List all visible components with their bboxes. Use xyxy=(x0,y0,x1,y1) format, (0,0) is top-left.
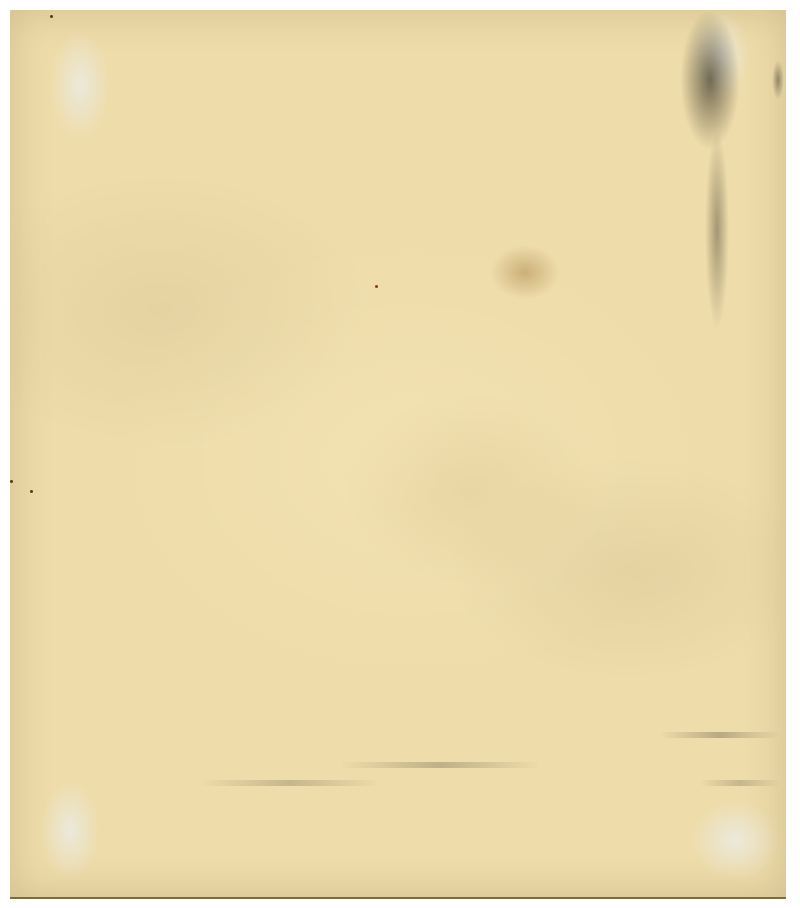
brown-stain-center xyxy=(490,245,560,300)
white-blemish-top-left xyxy=(50,30,110,140)
charcoal-smear-2 xyxy=(340,762,540,768)
speck-4 xyxy=(375,285,378,288)
paper-card xyxy=(10,10,786,899)
speck-3 xyxy=(30,490,33,493)
speck-1 xyxy=(50,15,53,18)
speck-2 xyxy=(10,480,13,483)
charcoal-mark-right-edge xyxy=(772,60,784,100)
charcoal-smear-1 xyxy=(200,780,380,786)
charcoal-smear-4 xyxy=(700,780,780,786)
charcoal-smear-3 xyxy=(660,732,780,738)
white-blemish-bottom-left xyxy=(40,780,100,880)
charcoal-streak-right xyxy=(705,130,729,330)
charcoal-smudge-top-right xyxy=(680,10,740,150)
white-blemish-bottom-right xyxy=(690,800,780,880)
